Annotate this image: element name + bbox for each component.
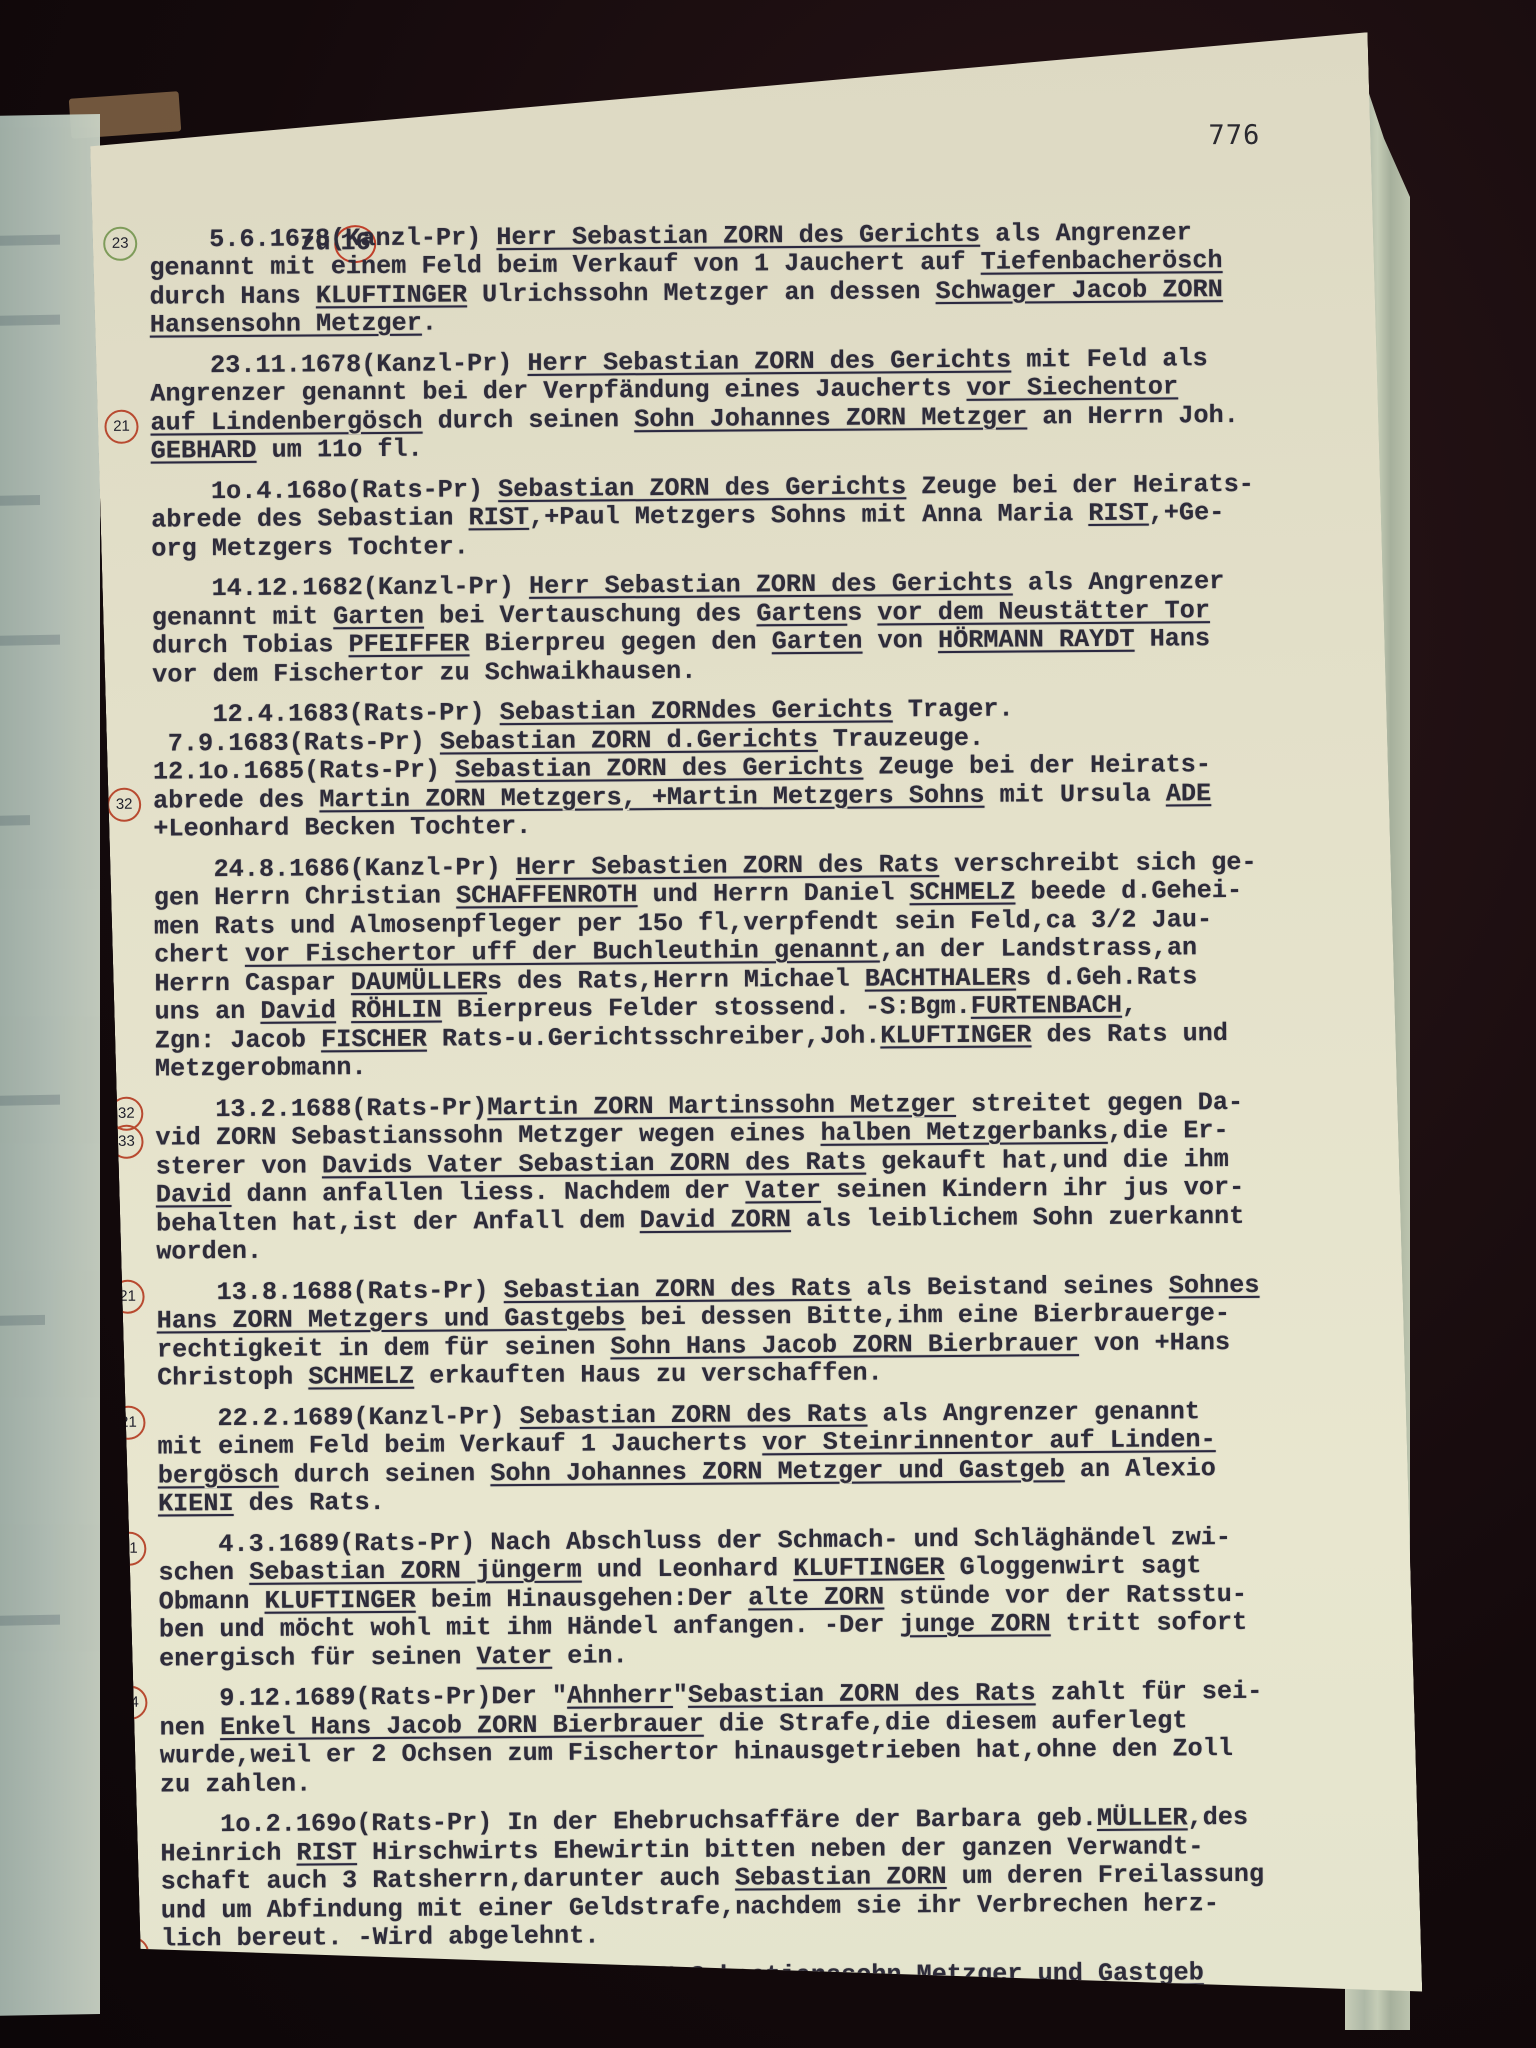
text-line: Christoph SCHMELZ erkauften Haus zu vers…: [157, 1356, 1387, 1393]
record-entry: 14.12.1682(Kanzl-Pr) Herr Sebastian ZORN…: [152, 567, 1383, 690]
underlined-phrase: David ZORN: [640, 1205, 791, 1235]
underlined-phrase: KLUFTINGER: [880, 1020, 1031, 1050]
underlined-phrase: Sebastian ZORN des Gerichts: [455, 753, 863, 785]
document-page: 776 zu16 235.6.1678(Kanzl-Pr) Herr Sebas…: [88, 32, 1422, 2027]
underlined-phrase: vor Steinrinnentor auf Linden-: [762, 1425, 1216, 1457]
record-entry: 2123.11.1678(Kanzl-Pr) Herr Sebastian ZO…: [150, 343, 1381, 466]
record-entry: 2113.8.1688(Rats-Pr) Sebastian ZORN des …: [156, 1270, 1387, 1393]
margin-reference-circle: 21: [111, 1405, 145, 1439]
record-entry: 314.3.1689(Rats-Pr) Nach Abschluss der S…: [158, 1522, 1389, 1673]
margin-reference-circle: 32: [107, 787, 141, 821]
entry-list: 235.6.1678(Kanzl-Pr) Herr Sebastian ZORN…: [149, 217, 1391, 1994]
underlined-phrase: David: [260, 996, 336, 1026]
underlined-phrase: Sebastian ZORN des Rats: [504, 1273, 852, 1304]
underlined-phrase: Vater: [476, 1641, 552, 1671]
underlined-phrase: Garten: [772, 627, 863, 657]
left-facing-page-edge: [0, 114, 100, 2016]
underlined-phrase: Davids Vater Sebastian ZORN des Rats: [322, 1147, 866, 1180]
underlined-phrase: Hans ZORN Metzgers und Gastgebs: [157, 1303, 626, 1335]
underlined-phrase: halben Metzgerbanks: [820, 1117, 1107, 1148]
underlined-phrase: Martin ZORN Martinssohn Metzger: [487, 1089, 956, 1121]
text-line: Metzgerobmann.: [155, 1047, 1385, 1084]
underlined-phrase: Herr Sebastian ZORN des Gerichts: [529, 569, 1013, 601]
underlined-phrase: GEBHARD: [151, 436, 257, 466]
record-entry: 1o.2.169o(Rats-Pr) In der Ehebruchsaffär…: [160, 1803, 1391, 1954]
underlined-phrase: Sebastian ZORNdes Gerichts: [500, 695, 893, 727]
underlined-phrase: SCHMELZ: [909, 878, 1015, 908]
underlined-phrase: Martin ZORN Metzgers, +Martin Metzgers S…: [319, 780, 984, 814]
underlined-phrase: ADE: [1166, 779, 1212, 808]
underlined-phrase: Ahnherr: [567, 1681, 673, 1711]
underlined-phrase: KLUFTINGER: [793, 1553, 944, 1583]
underlined-phrase: RÖHLIN: [351, 996, 442, 1026]
underlined-phrase: Garten: [333, 601, 424, 631]
underlined-phrase: Hans ZORN Sebastianssohn Metzger und Gas…: [539, 1958, 1204, 1992]
underlined-phrase: Vater: [745, 1176, 821, 1206]
underlined-phrase: Hansensohn Metzger: [150, 309, 422, 340]
underlined-phrase: alte ZORN: [748, 1582, 884, 1612]
underlined-phrase: bergösch: [158, 1460, 279, 1490]
text-line: +Leonhard Becken Tochter.: [153, 807, 1383, 844]
photo-scene: 776 zu16 235.6.1678(Kanzl-Pr) Herr Sebas…: [0, 0, 1536, 2048]
underlined-phrase: SCHAFFENROTH: [456, 880, 638, 910]
underlined-phrase: Sebastian ZORN des Rats: [520, 1399, 868, 1430]
underlined-phrase: Herr Sebastian ZORN des Gerichts: [496, 219, 980, 251]
underlined-phrase: KLUFTINGER: [316, 280, 467, 310]
underlined-phrase: Sohn Johannes ZORN Metzger und Gastgeb: [490, 1455, 1065, 1488]
margin-reference-circle: 34: [113, 1686, 147, 1720]
underlined-phrase: Sohn Johannes ZORN Metzger: [634, 402, 1027, 434]
record-entry: 24.8.1686(Kanzl-Pr) Herr Sebastien ZORN …: [154, 847, 1386, 1084]
margin-reference-circle: 21: [110, 1279, 144, 1313]
margin-reference-circle: 23: [103, 226, 137, 260]
record-entry: 2122.2.1689(Kanzl-Pr) Sebastian ZORN des…: [157, 1396, 1388, 1519]
underlined-phrase: KIENI: [158, 1489, 234, 1519]
record-entry: 213.6.169o(Gerichts-Pr)Hans ZORN Sebasti…: [161, 1957, 1391, 1994]
underlined-phrase: junge ZORN: [899, 1609, 1050, 1639]
underlined-phrase: DAUMÜLLER: [351, 967, 487, 997]
underlined-phrase: HÖRMANN RAYDT: [938, 625, 1135, 655]
underlined-phrase: auf Lindenbergösch: [150, 406, 422, 437]
underlined-phrase: Herr Sebastian ZORN des Gerichts: [527, 345, 1011, 377]
document-body: zu16 235.6.1678(Kanzl-Pr) Herr Sebastian…: [149, 189, 1392, 2007]
underlined-phrase: Tiefenbacherösch: [981, 246, 1223, 277]
underlined-phrase: vor Siechentor: [966, 372, 1178, 402]
record-entry: 1o.4.168o(Rats-Pr) Sebastian ZORN des Ge…: [151, 469, 1382, 563]
record-entry: 323313.2.1688(Rats-Pr)Martin ZORN Martin…: [155, 1087, 1386, 1267]
record-entry: 349.12.1689(Rats-Pr)Der "Ahnherr"Sebasti…: [159, 1677, 1390, 1800]
underlined-phrase: RIST: [468, 503, 529, 532]
text-line: 3.6.169o(Gerichts-Pr)Hans ZORN Sebastian…: [161, 1957, 1391, 1994]
text-line: lich bereut. -Wird abgelehnt.: [161, 1917, 1391, 1954]
underlined-phrase: RIST: [296, 1838, 357, 1867]
underlined-phrase: Sebastian ZORN jüngerm: [249, 1556, 582, 1587]
page-number: 776: [1208, 120, 1260, 151]
underlined-phrase: RIST: [1088, 499, 1149, 528]
text-line: Hansensohn Metzger.: [150, 303, 1380, 340]
underlined-phrase: KLUFTINGER: [264, 1585, 415, 1615]
margin-reference-circle: 33: [109, 1125, 143, 1159]
underlined-phrase: Sebastian ZORN d.Gerichts: [440, 724, 818, 756]
underlined-phrase: Herr Sebastien ZORN des Rats: [516, 850, 939, 882]
text-line: GEBHARD um 11o fl.: [151, 429, 1381, 466]
underlined-phrase: Garten: [756, 598, 847, 628]
underlined-phrase: BACHTHALER: [865, 963, 1016, 993]
underlined-phrase: vor Fischertor uff der Buchleuthin genan…: [245, 935, 880, 968]
underlined-phrase: Sohnes: [1169, 1270, 1260, 1300]
underlined-phrase: PFEIFFER: [348, 629, 469, 659]
underlined-phrase: Schwager Jacob ZORN: [935, 275, 1222, 306]
underlined-phrase: FISCHER: [321, 1024, 427, 1054]
underlined-phrase: Sebastian ZORN des Gerichts: [498, 472, 906, 504]
margin-reference-circle: 21: [115, 1936, 149, 1970]
margin-reference-circle: 21: [104, 409, 138, 443]
underlined-phrase: FURTENBACH: [971, 991, 1122, 1021]
underlined-phrase: SCHMELZ: [308, 1362, 414, 1392]
underlined-phrase: Sebastian ZORN des Rats: [688, 1678, 1036, 1709]
underlined-phrase: David: [156, 1180, 232, 1210]
underlined-phrase: Enkel Hans Jacob ZORN Bierbrauer: [220, 1709, 704, 1741]
underlined-phrase: Sebastian ZORN: [735, 1862, 947, 1892]
text-line: KIENI des Rats.: [158, 1482, 1388, 1519]
underlined-phrase: vor dem Neustätter Tor: [877, 596, 1210, 627]
record-entry: 3212.4.1683(Rats-Pr) Sebastian ZORNdes G…: [152, 693, 1383, 844]
underlined-phrase: MÜLLER: [1097, 1803, 1188, 1833]
underlined-phrase: Sohn Hans Jacob ZORN Bierbrauer: [610, 1329, 1079, 1361]
margin-reference-circle: 31: [112, 1531, 146, 1565]
record-entry: 235.6.1678(Kanzl-Pr) Herr Sebastian ZORN…: [149, 217, 1380, 340]
